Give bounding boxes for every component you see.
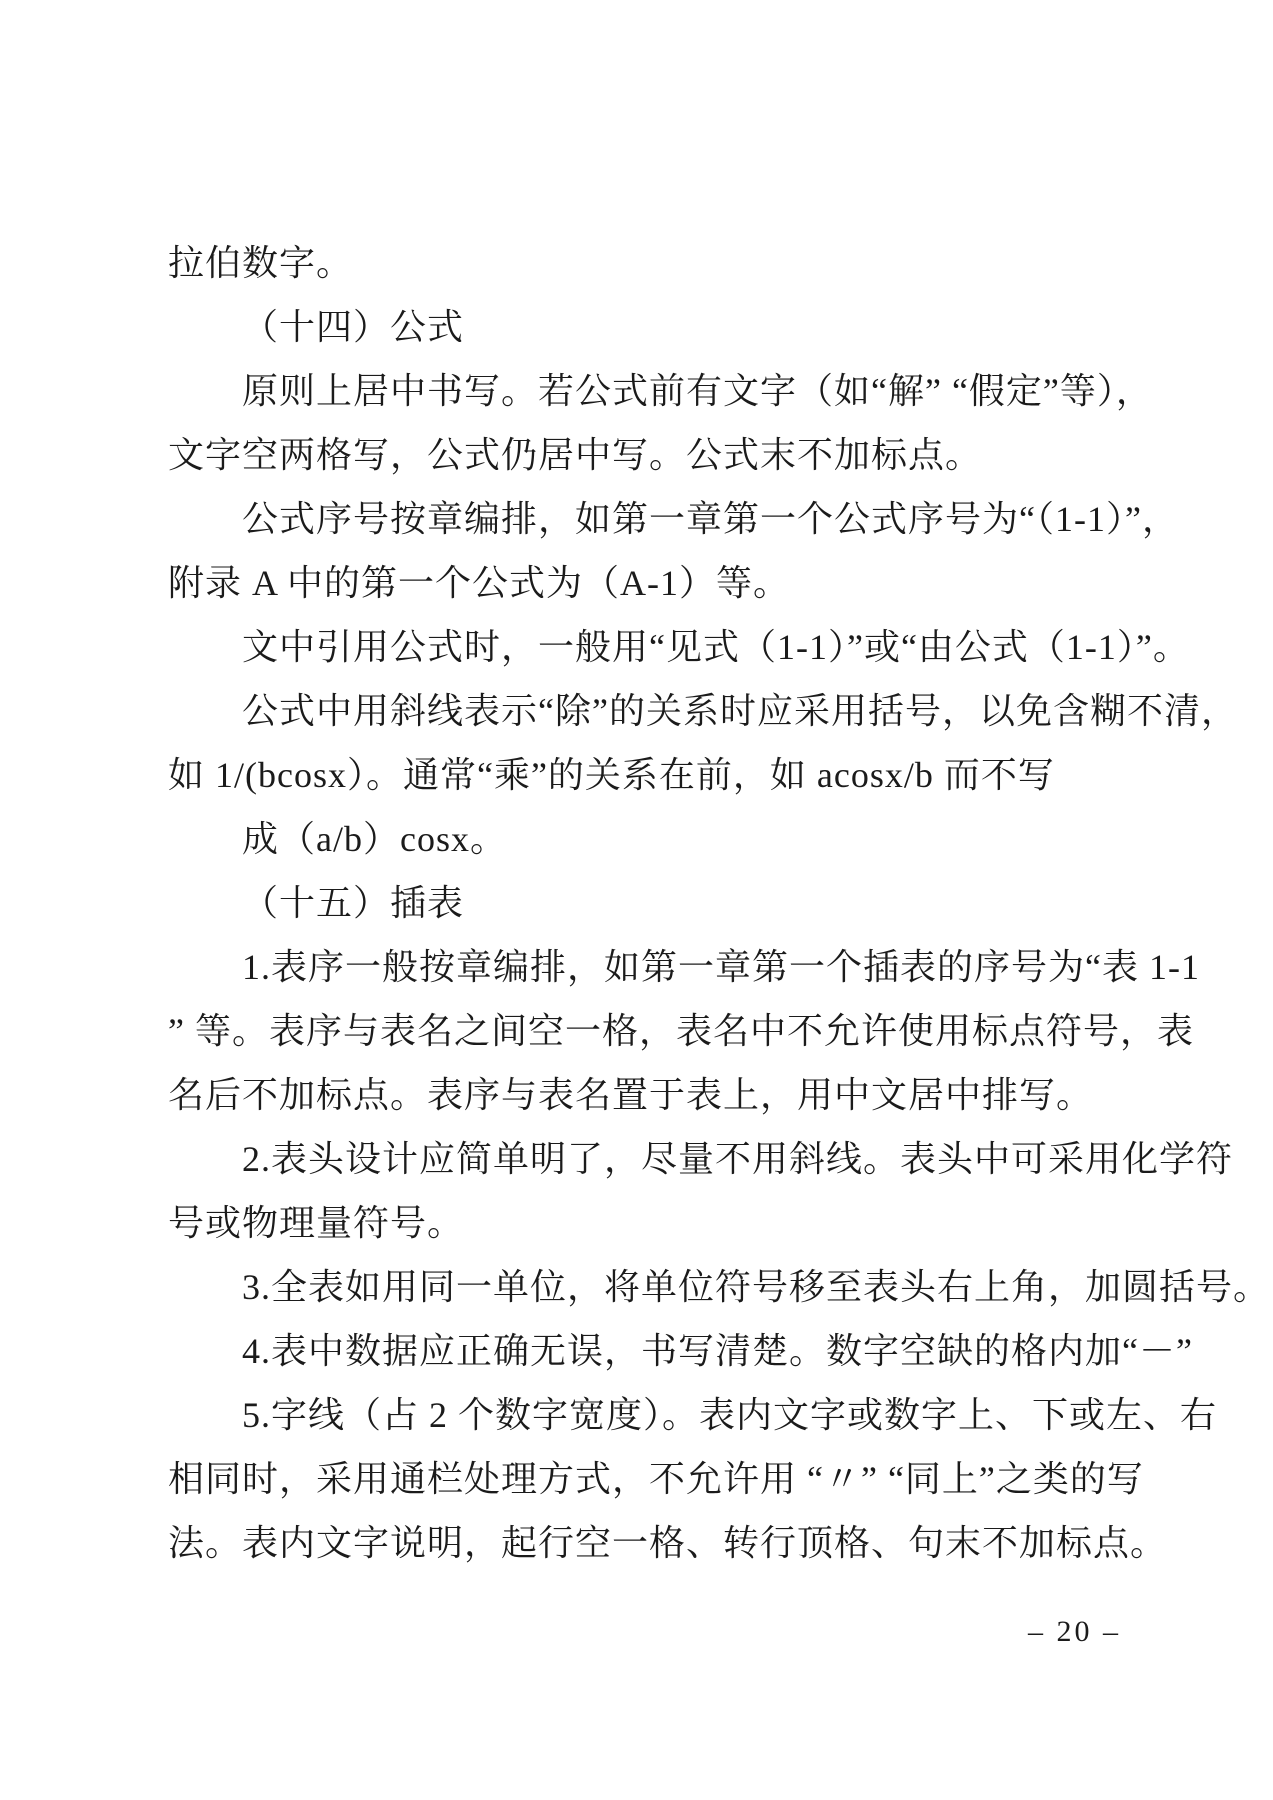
text-line: ” 等。表序与表名之间空一格，表名中不允许使用标点符号，表: [168, 999, 1128, 1063]
text-line: 公式中用斜线表示“除”的关系时应采用括号，以免含糊不清，: [168, 679, 1128, 743]
text-line: 相同时，采用通栏处理方式，不允许用 “〃” “同上”之类的写: [168, 1447, 1128, 1511]
text-line: 3.全表如用同一单位，将单位符号移至表头右上角，加圆括号。: [168, 1255, 1128, 1319]
text-line: 法。表内文字说明，起行空一格、转行顶格、句末不加标点。: [168, 1511, 1128, 1575]
text-line: 如 1/(bcosx）。通常“乘”的关系在前，如 acosx/b 而不写: [168, 743, 1128, 807]
text-line: 文中引用公式时，一般用“见式（1-1）”或“由公式（1-1）”。: [168, 615, 1128, 679]
text-line: 拉伯数字。: [168, 231, 1128, 295]
text-line: （十四）公式: [168, 295, 1128, 359]
text-line: 1.表序一般按章编排，如第一章第一个插表的序号为“表 1-1: [168, 935, 1128, 999]
text-line: 4.表中数据应正确无误，书写清楚。数字空缺的格内加“－”: [168, 1319, 1128, 1383]
text-line: （十五）插表: [168, 871, 1128, 935]
text-line: 原则上居中书写。若公式前有文字（如“解” “假定”等），: [168, 359, 1128, 423]
text-line: 5.字线（占 2 个数字宽度）。表内文字或数字上、下或左、右: [168, 1383, 1128, 1447]
text-line: 文字空两格写，公式仍居中写。公式末不加标点。: [168, 423, 1128, 487]
text-lines: 拉伯数字。（十四）公式原则上居中书写。若公式前有文字（如“解” “假定”等），文…: [168, 231, 1128, 1575]
document-page: 拉伯数字。（十四）公式原则上居中书写。若公式前有文字（如“解” “假定”等），文…: [0, 0, 1273, 1800]
text-line: 成（a/b）cosx。: [168, 807, 1128, 871]
page-number: – 20 –: [1028, 1612, 1121, 1652]
text-line: 公式序号按章编排，如第一章第一个公式序号为“（1-1）”，: [168, 487, 1128, 551]
text-line: 2.表头设计应简单明了，尽量不用斜线。表头中可采用化学符: [168, 1127, 1128, 1191]
text-line: 号或物理量符号。: [168, 1191, 1128, 1255]
text-line: 名后不加标点。表序与表名置于表上，用中文居中排写。: [168, 1063, 1128, 1127]
text-line: 附录 A 中的第一个公式为（A-1）等。: [168, 551, 1128, 615]
